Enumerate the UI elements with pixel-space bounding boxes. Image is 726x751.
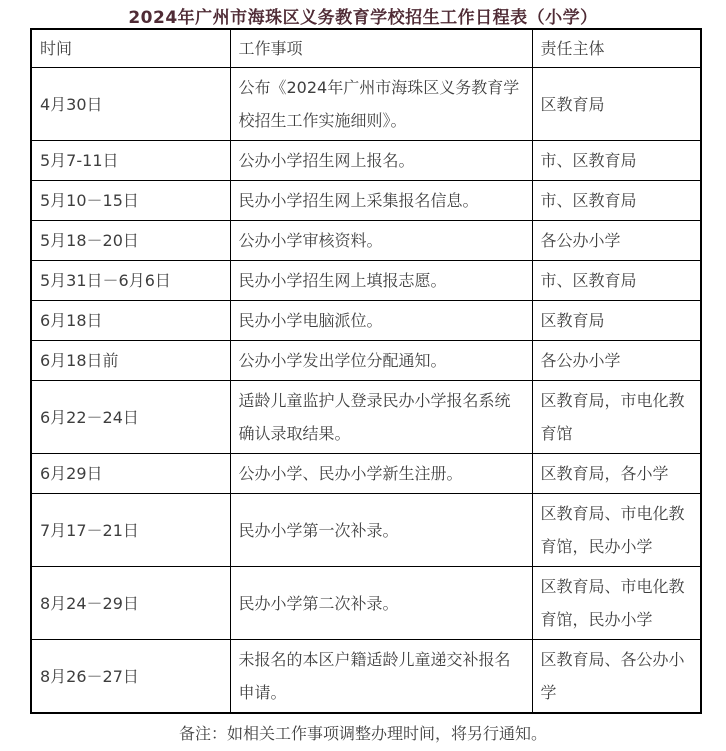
table-cell: 5月10－15日 bbox=[31, 181, 230, 221]
table-row: 6月29日公办小学、民办小学新生注册。区教育局，各小学 bbox=[31, 454, 701, 494]
table-cell: 民办小学第二次补录。 bbox=[230, 567, 532, 640]
table-cell: 区教育局 bbox=[532, 301, 701, 341]
schedule-table: 时间 工作事项 责任主体 4月30日公布《2024年广州市海珠区义务教育学校招生… bbox=[30, 28, 702, 714]
table-cell: 民办小学招生网上填报志愿。 bbox=[230, 261, 532, 301]
table-row: 8月24－29日民办小学第二次补录。区教育局、市电化教育馆，民办小学 bbox=[31, 567, 701, 640]
table-row: 4月30日公布《2024年广州市海珠区义务教育学校招生工作实施细则》。区教育局 bbox=[31, 68, 701, 141]
table-cell: 市、区教育局 bbox=[532, 141, 701, 181]
table-row: 6月18日前公办小学发出学位分配通知。各公办小学 bbox=[31, 341, 701, 381]
table-row: 6月18日民办小学电脑派位。区教育局 bbox=[31, 301, 701, 341]
table-cell: 区教育局，各小学 bbox=[532, 454, 701, 494]
table-row: 5月10－15日民办小学招生网上采集报名信息。市、区教育局 bbox=[31, 181, 701, 221]
table-row: 7月17－21日民办小学第一次补录。区教育局、市电化教育馆，民办小学 bbox=[31, 494, 701, 567]
table-cell: 公布《2024年广州市海珠区义务教育学校招生工作实施细则》。 bbox=[230, 68, 532, 141]
table-cell: 市、区教育局 bbox=[532, 261, 701, 301]
table-row: 5月7-11日公办小学招生网上报名。市、区教育局 bbox=[31, 141, 701, 181]
table-cell: 7月17－21日 bbox=[31, 494, 230, 567]
footer-note: 备注：如相关工作事项调整办理时间，将另行通知。 bbox=[0, 721, 726, 744]
table-header: 时间 工作事项 责任主体 bbox=[31, 29, 701, 68]
table-cell: 民办小学电脑派位。 bbox=[230, 301, 532, 341]
table-cell: 民办小学第一次补录。 bbox=[230, 494, 532, 567]
table-cell: 区教育局 bbox=[532, 68, 701, 141]
table-body: 4月30日公布《2024年广州市海珠区义务教育学校招生工作实施细则》。区教育局5… bbox=[31, 68, 701, 714]
table-cell: 公办小学发出学位分配通知。 bbox=[230, 341, 532, 381]
table-row: 5月18－20日公办小学审核资料。各公办小学 bbox=[31, 221, 701, 261]
table-cell: 区教育局、各公办小学 bbox=[532, 640, 701, 714]
table-cell: 区教育局、市电化教育馆，民办小学 bbox=[532, 567, 701, 640]
table-cell: 适龄儿童监护人登录民办小学报名系统确认录取结果。 bbox=[230, 381, 532, 454]
table-header-row: 时间 工作事项 责任主体 bbox=[31, 29, 701, 68]
table-row: 5月31日－6月6日民办小学招生网上填报志愿。市、区教育局 bbox=[31, 261, 701, 301]
table-cell: 8月26－27日 bbox=[31, 640, 230, 714]
table-cell: 5月31日－6月6日 bbox=[31, 261, 230, 301]
table-row: 8月26－27日未报名的本区户籍适龄儿童递交补报名申请。区教育局、各公办小学 bbox=[31, 640, 701, 714]
table-cell: 5月7-11日 bbox=[31, 141, 230, 181]
column-header-responsible-entity: 责任主体 bbox=[532, 29, 701, 68]
table-cell: 各公办小学 bbox=[532, 221, 701, 261]
table-cell: 4月30日 bbox=[31, 68, 230, 141]
table-cell: 未报名的本区户籍适龄儿童递交补报名申请。 bbox=[230, 640, 532, 714]
table-cell: 各公办小学 bbox=[532, 341, 701, 381]
table-cell: 5月18－20日 bbox=[31, 221, 230, 261]
table-cell: 6月18日 bbox=[31, 301, 230, 341]
table-cell: 民办小学招生网上采集报名信息。 bbox=[230, 181, 532, 221]
table-cell: 6月22－24日 bbox=[31, 381, 230, 454]
page: 2024年广州市海珠区义务教育学校招生工作日程表（小学） 时间 工作事项 责任主… bbox=[0, 0, 726, 751]
table-cell: 8月24－29日 bbox=[31, 567, 230, 640]
table-cell: 公办小学、民办小学新生注册。 bbox=[230, 454, 532, 494]
table-cell: 市、区教育局 bbox=[532, 181, 701, 221]
table-cell: 6月29日 bbox=[31, 454, 230, 494]
table-cell: 区教育局，市电化教育馆 bbox=[532, 381, 701, 454]
column-header-work-item: 工作事项 bbox=[230, 29, 532, 68]
column-header-time: 时间 bbox=[31, 29, 230, 68]
table-cell: 区教育局、市电化教育馆，民办小学 bbox=[532, 494, 701, 567]
table-cell: 公办小学招生网上报名。 bbox=[230, 141, 532, 181]
table-row: 6月22－24日适龄儿童监护人登录民办小学报名系统确认录取结果。区教育局，市电化… bbox=[31, 381, 701, 454]
table-cell: 6月18日前 bbox=[31, 341, 230, 381]
table-cell: 公办小学审核资料。 bbox=[230, 221, 532, 261]
page-title: 2024年广州市海珠区义务教育学校招生工作日程表（小学） bbox=[0, 0, 726, 28]
